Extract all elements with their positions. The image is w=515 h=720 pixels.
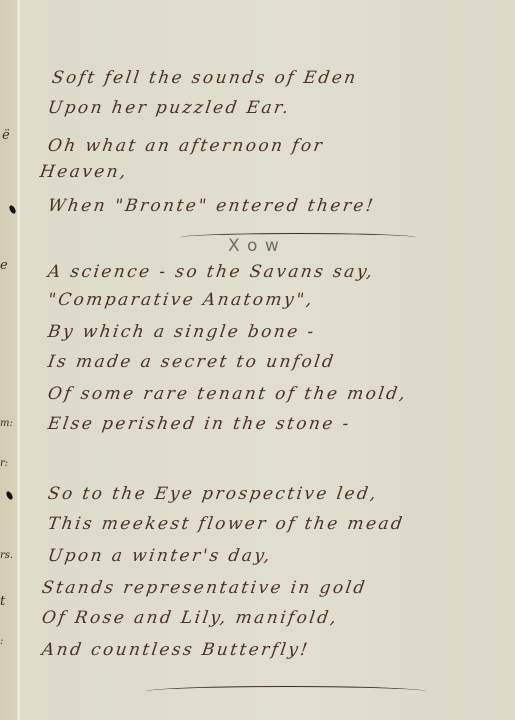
margin-fragment: r: <box>0 458 8 469</box>
poem-line: "Comparative Anatomy", <box>47 290 316 310</box>
ink-blot <box>8 204 17 214</box>
poem-line: Of Rose and Lily, manifold, <box>41 608 340 628</box>
closing-rule <box>146 686 426 697</box>
poem-line: And countless Butterfly! <box>41 640 311 660</box>
margin-fragment: : <box>0 636 3 647</box>
poem-line: Upon a winter's day, <box>47 546 274 566</box>
manuscript-page: ë e m: r: rs. t : Soft fell the sounds o… <box>0 0 515 720</box>
stanza-divider <box>180 233 416 242</box>
poem-line: Upon her puzzled Ear. <box>47 98 292 118</box>
poem-line: Of some rare tenant of the mold, <box>47 384 409 404</box>
poem-line: So to the Eye prospective led, <box>47 484 380 504</box>
poem-line: A science - so the Savans say, <box>47 262 376 282</box>
margin-fragment: m: <box>0 418 13 429</box>
margin-fragment: rs. <box>0 550 13 561</box>
margin-fragment: e <box>0 258 8 273</box>
poem-line: Soft fell the sounds of Eden <box>51 68 359 88</box>
ink-blot <box>5 490 14 500</box>
poem-line: Else perished in the stone - <box>47 414 353 434</box>
margin-fragment: t <box>0 594 5 609</box>
page-fold <box>18 0 20 720</box>
poem-line: Heaven, <box>39 162 130 182</box>
poem-line: This meekest flower of the mead <box>47 514 406 534</box>
pencil-annotation: X o w <box>228 236 280 256</box>
poem-line: When "Bronte" entered there! <box>47 196 377 216</box>
poem-line: Is made a secret to unfold <box>47 352 337 372</box>
poem-line: Oh what an afternoon for <box>47 136 326 156</box>
poem-line: Stands representative in gold <box>41 578 369 598</box>
poem-line: By which a single bone - <box>47 322 317 342</box>
margin-fragment: ë <box>2 128 10 143</box>
